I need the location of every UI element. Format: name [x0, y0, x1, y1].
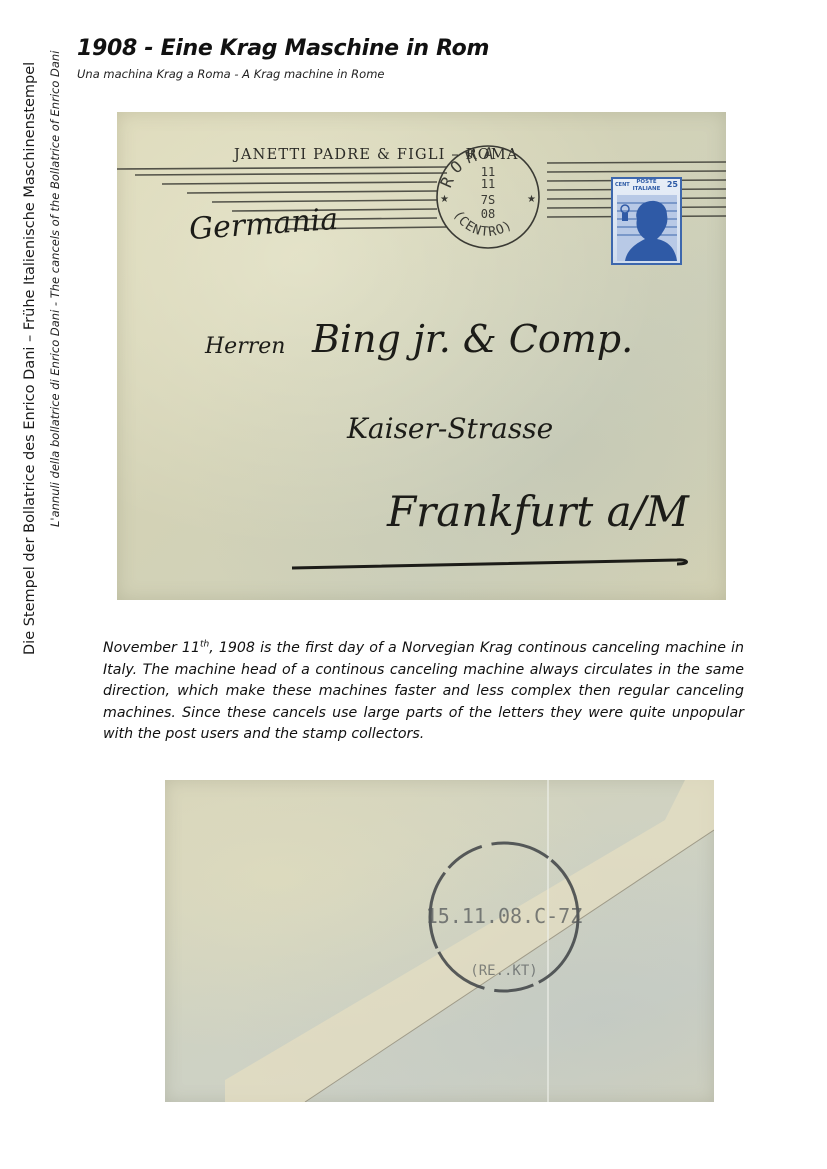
description-paragraph: November 11th, 1908 is the first day of …: [103, 638, 744, 746]
sidebar-subtitle: L'annuli della bollatrice di Enrico Dani…: [48, 51, 62, 527]
page-subtitle: Una machina Krag a Roma - A Krag machine…: [77, 67, 384, 81]
handwritten-address: Germania Herren Bing jr. & Comp. Kaiser-…: [117, 112, 726, 600]
envelope-front-image: JANETTI PADRE & FIGLI – ROMA ROMA (CENTR…: [117, 112, 726, 600]
envelope-back-art: 15.11.08.C-7Z (RE..KT): [165, 780, 714, 1102]
sidebar-title: Die Stempel der Bollatrice des Enrico Da…: [22, 62, 38, 655]
sealing-tape: [225, 780, 714, 1102]
arrival-postmark-date: 15.11.08.C-7Z: [426, 904, 583, 928]
envelope-back-image: 15.11.08.C-7Z (RE..KT): [165, 780, 714, 1102]
address-underline: [117, 112, 726, 600]
arrival-postmark: 15.11.08.C-7Z (RE..KT): [426, 843, 583, 991]
arrival-postmark-office: (RE..KT): [470, 963, 537, 979]
page-title: 1908 - Eine Krag Maschine in Rom: [77, 36, 489, 61]
